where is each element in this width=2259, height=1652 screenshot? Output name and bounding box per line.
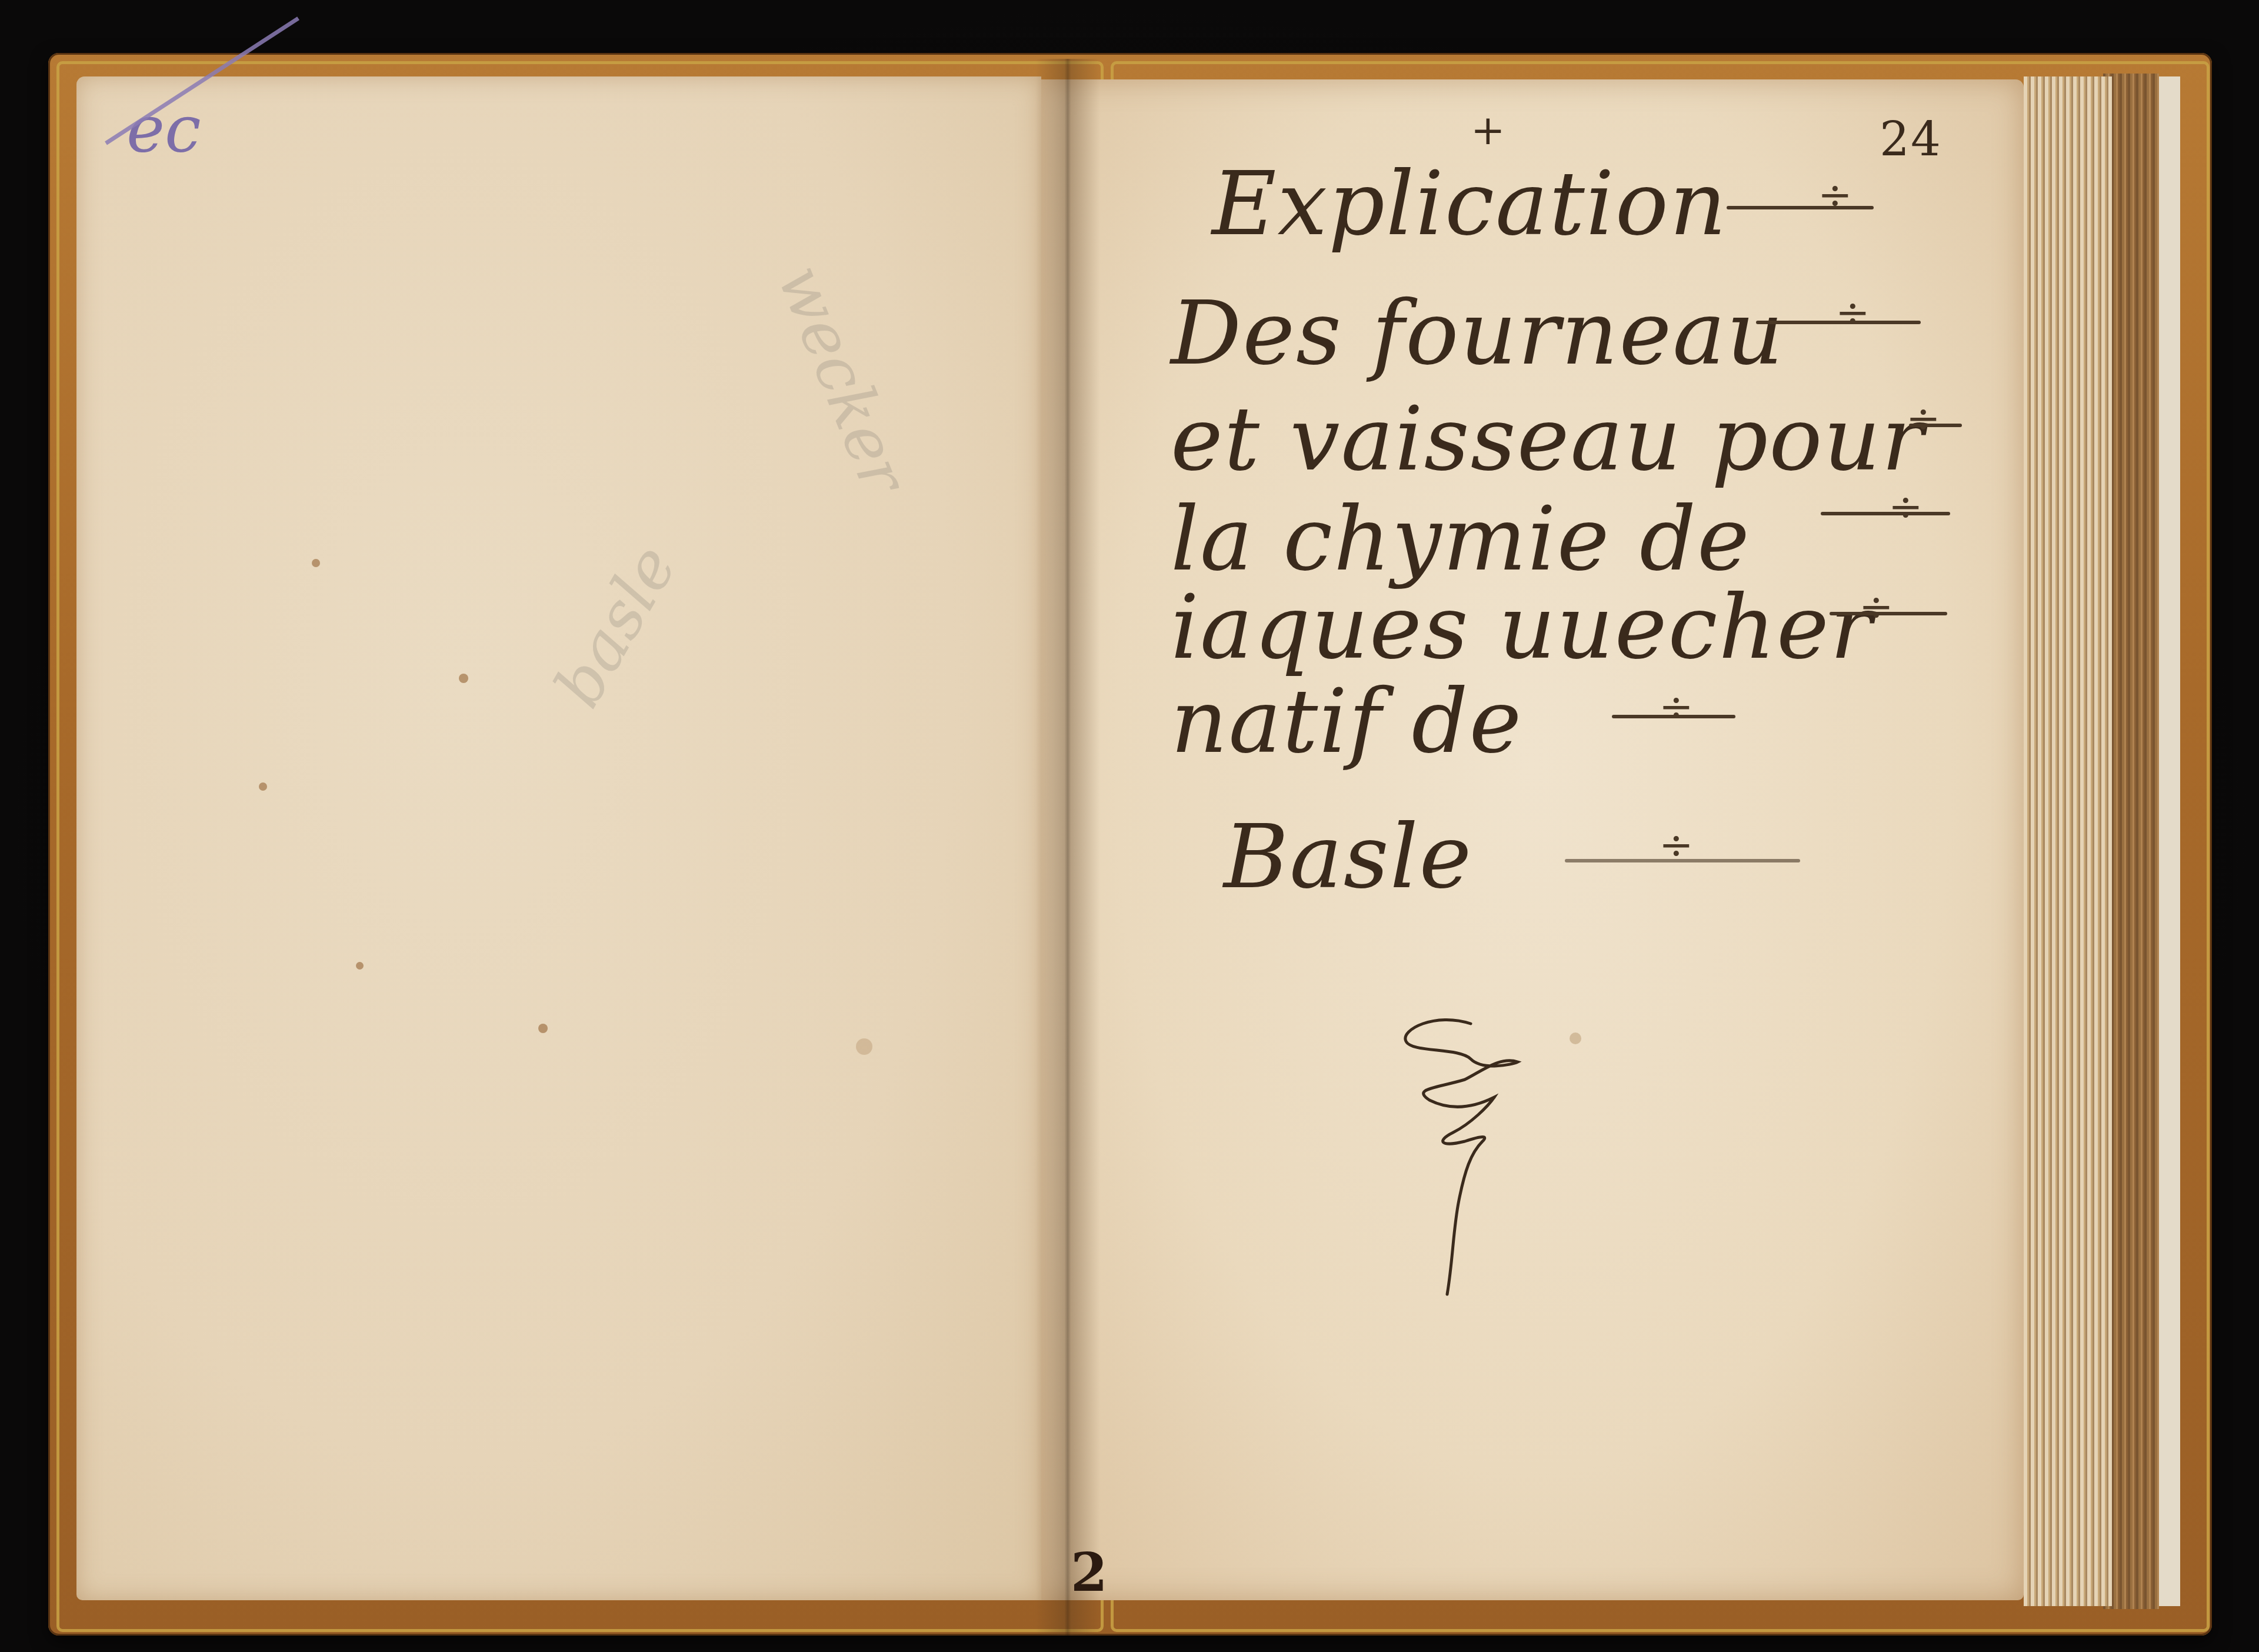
text-line-3: et vaisseau pour <box>1171 388 1925 491</box>
gutter-number: 2 <box>1071 1541 1108 1604</box>
text-line-5: iaques uuecher <box>1171 577 1874 679</box>
foxing-spot <box>259 782 267 791</box>
division-mark: ÷ <box>1659 821 1694 869</box>
text-line-4: la chymie de <box>1171 488 1751 591</box>
division-mark: ÷ <box>1859 582 1894 631</box>
foxing-spot <box>538 1024 548 1033</box>
foxing-spot <box>1570 1032 1581 1044</box>
left-page <box>76 76 1041 1600</box>
foxing-spot <box>312 559 320 567</box>
page-stack <box>2024 76 2112 1606</box>
folio-number: 24 <box>1880 112 1942 166</box>
endpaper-edge <box>2159 76 2180 1606</box>
foxing-spot <box>459 674 468 683</box>
text-line-1: Explication <box>1212 153 1728 255</box>
division-mark: ÷ <box>1888 482 1923 531</box>
gutter <box>1035 59 1100 1636</box>
text-line-2: Des fourneau <box>1171 282 1784 385</box>
foxing-spot <box>856 1038 872 1055</box>
text-line-7: Basle <box>1224 806 1472 908</box>
foxing-spot <box>356 962 364 970</box>
line-filler <box>1821 512 1950 515</box>
division-mark: ÷ <box>1659 682 1694 731</box>
division-mark: ÷ <box>1835 288 1870 337</box>
paraph-flourish <box>1365 977 1541 1306</box>
division-mark: ÷ <box>1818 171 1852 219</box>
text-line-6: natif de <box>1171 671 1522 773</box>
division-mark: ÷ <box>1906 394 1941 442</box>
cross-mark: + <box>1471 106 1507 154</box>
